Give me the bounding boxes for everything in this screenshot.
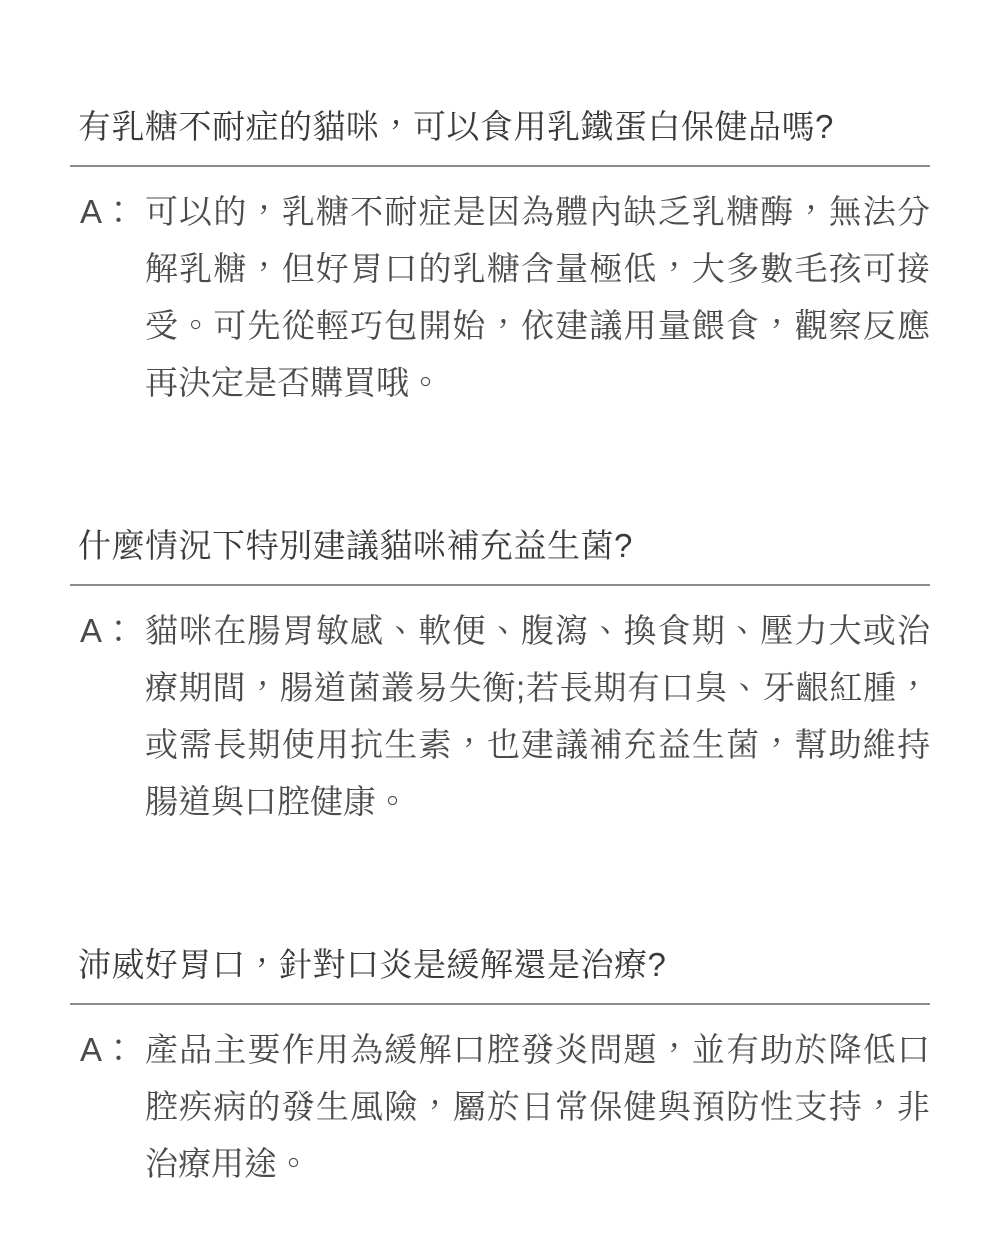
question-divider <box>70 584 930 586</box>
faq-answer: A： 可以的，乳糖不耐症是因為體內缺乏乳糖酶，無法分解乳糖，但好胃口的乳糖含量極… <box>70 183 930 411</box>
faq-question: 沛威好胃口，針對口炎是緩解還是治療? <box>70 944 930 986</box>
question-divider <box>70 1003 930 1005</box>
answer-prefix-label: A： <box>80 1021 145 1078</box>
answer-text: 可以的，乳糖不耐症是因為體內缺乏乳糖酶，無法分解乳糖，但好胃口的乳糖含量極低，大… <box>145 183 930 411</box>
faq-question: 有乳糖不耐症的貓咪，可以食用乳鐵蛋白保健品嗎? <box>70 106 930 148</box>
answer-prefix-label: A： <box>80 183 145 240</box>
faq-question: 什麼情況下特別建議貓咪補充益生菌? <box>70 525 930 567</box>
question-divider <box>70 165 930 167</box>
faq-answer: A： 產品主要作用為緩解口腔發炎問題，並有助於降低口腔疾病的發生風險，屬於日常保… <box>70 1021 930 1192</box>
faq-item-stomatitis: 沛威好胃口，針對口炎是緩解還是治療? A： 產品主要作用為緩解口腔發炎問題，並有… <box>70 944 930 1192</box>
faq-answer: A： 貓咪在腸胃敏感、軟便、腹瀉、換食期、壓力大或治療期間，腸道菌叢易失衡;若長… <box>70 602 930 830</box>
faq-item-lactose: 有乳糖不耐症的貓咪，可以食用乳鐵蛋白保健品嗎? A： 可以的，乳糖不耐症是因為體… <box>70 106 930 411</box>
faq-item-probiotics: 什麼情況下特別建議貓咪補充益生菌? A： 貓咪在腸胃敏感、軟便、腹瀉、換食期、壓… <box>70 525 930 830</box>
answer-prefix-label: A： <box>80 602 145 659</box>
answer-text: 貓咪在腸胃敏感、軟便、腹瀉、換食期、壓力大或治療期間，腸道菌叢易失衡;若長期有口… <box>145 602 930 830</box>
faq-page: 有乳糖不耐症的貓咪，可以食用乳鐵蛋白保健品嗎? A： 可以的，乳糖不耐症是因為體… <box>0 0 1000 1192</box>
answer-text: 產品主要作用為緩解口腔發炎問題，並有助於降低口腔疾病的發生風險，屬於日常保健與預… <box>145 1021 930 1192</box>
